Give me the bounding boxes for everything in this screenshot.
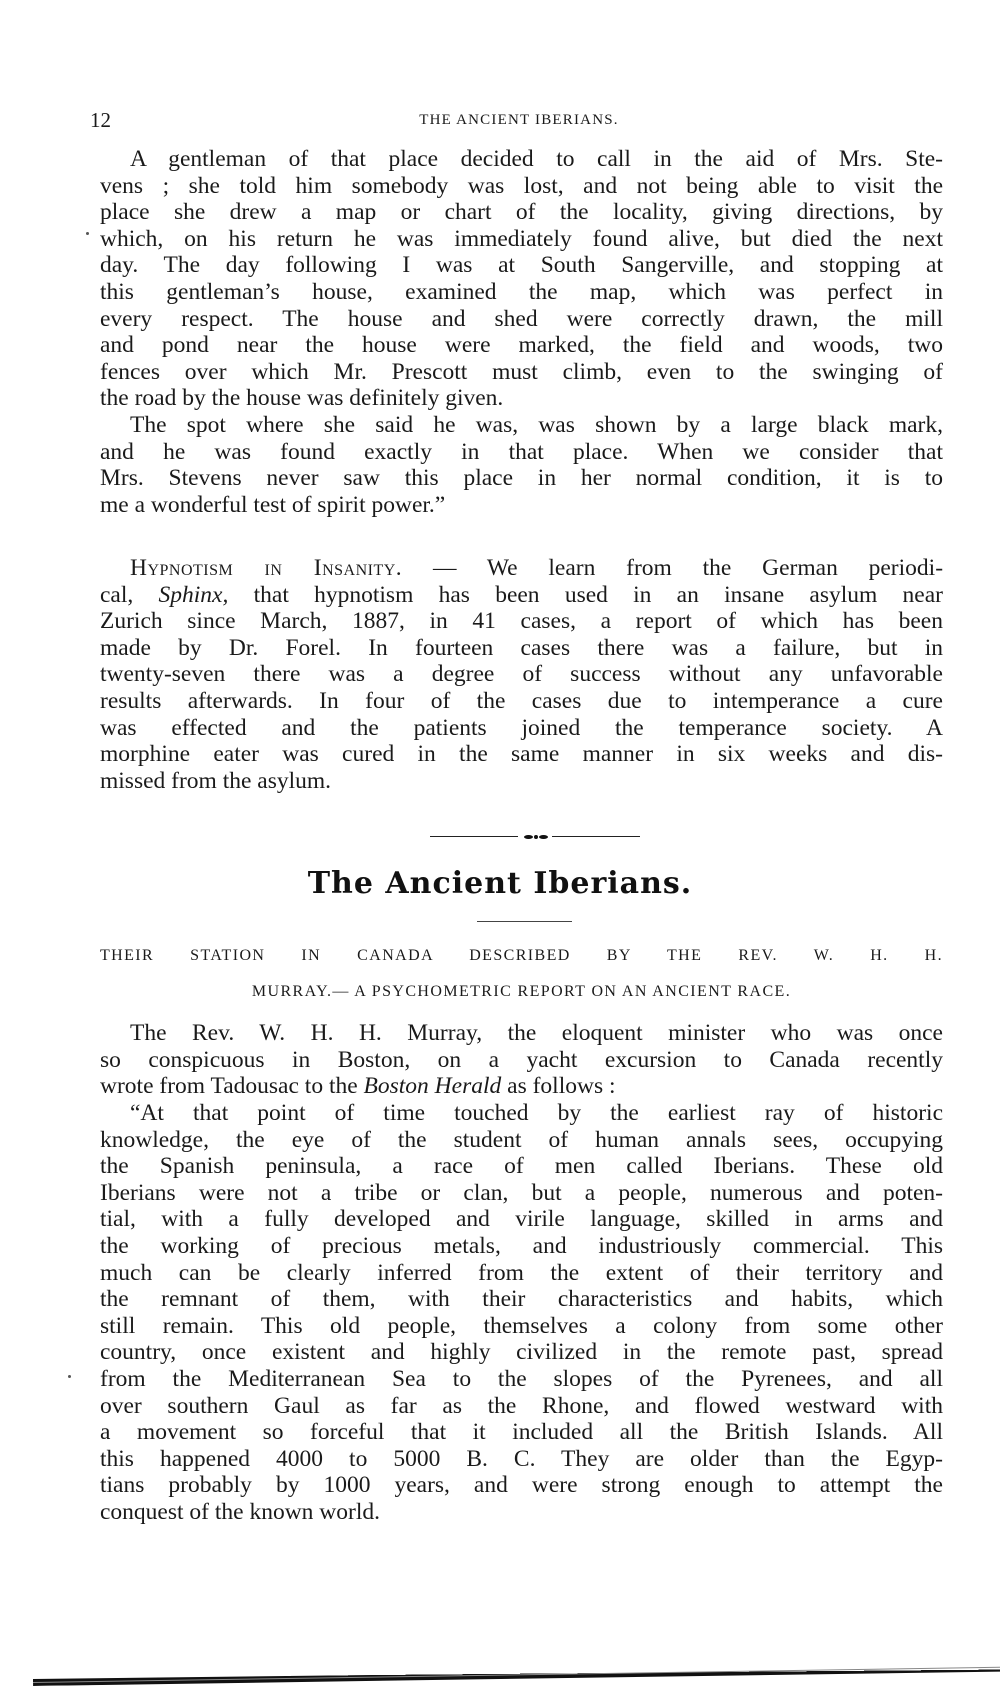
ornamental-divider — [430, 834, 640, 840]
paragraph-black-mark: The spot where she said he was, was show… — [100, 412, 943, 518]
newspaper-title-boston-herald: Boston Herald — [364, 1073, 502, 1099]
text-line: me a wonderful test of spirit power.” — [100, 492, 943, 519]
periodical-title-sphinx: Sphinx, — [159, 582, 229, 608]
text-line: the Spanish peninsula, a race of men cal… — [100, 1153, 943, 1180]
text-line: vens ; she told him somebody was lost, a… — [100, 173, 943, 200]
text-line: wrote from Tadousac to the Boston Herald… — [100, 1073, 943, 1100]
running-header: 12 THE ANCIENT IBERIANS. — [90, 108, 948, 138]
text-line: morphine eater was cured in the same man… — [100, 741, 943, 768]
text-line: tial, with a fully developed and virile … — [100, 1206, 943, 1233]
text-line: Mrs. Stevens never saw this place in her… — [100, 465, 943, 492]
text-line: much can be clearly inferred from the ex… — [100, 1260, 943, 1287]
paragraph-hypnotism: Hypnotism in Insanity. — We learn from t… — [100, 555, 943, 794]
paragraph-murray-intro: The Rev. W. H. H. Murray, the eloquent m… — [100, 1020, 943, 1100]
article-subtitle-line-1: THEIR STATION IN CANADA DESCRIBED BY THE… — [100, 947, 943, 965]
text-line: Hypnotism in Insanity. — We learn from t… — [100, 555, 943, 582]
text-line: the road by the house was definitely giv… — [100, 385, 943, 412]
text-line: the remnant of them, with their characte… — [100, 1286, 943, 1313]
text-line: which, on his return he was immediately … — [100, 226, 943, 253]
text-line: tians probably by 1000 years, and were s… — [100, 1472, 943, 1499]
text-line: and he was found exactly in that place. … — [100, 439, 943, 466]
text-line: a movement so forceful that it included … — [100, 1419, 943, 1446]
divider-line-left — [430, 836, 518, 837]
article-subtitle-line-2: MURRAY.— A PSYCHOMETRIC REPORT ON AN ANC… — [100, 983, 943, 1001]
scan-edge-line — [33, 1667, 1000, 1683]
text-line: A gentleman of that place decided to cal… — [100, 146, 943, 173]
text-line: The Rev. W. H. H. Murray, the eloquent m… — [100, 1020, 943, 1047]
text-line: missed from the asylum. — [100, 768, 943, 795]
text-fragment: as follows : — [501, 1073, 615, 1099]
text-fragment: that hypnotism has been used in an insan… — [228, 582, 943, 608]
text-line: The spot where she said he was, was show… — [100, 412, 943, 439]
divider-ornament-icon — [524, 834, 548, 840]
text-line: Iberians were not a tribe or clan, but a… — [100, 1180, 943, 1207]
paragraph-murray-quote: “At that point of time touched by the ea… — [100, 1100, 943, 1526]
text-line: still remain. This old people, themselve… — [100, 1313, 943, 1340]
text-line: the working of precious metals, and indu… — [100, 1233, 943, 1260]
text-fragment: wrote from Tadousac to the — [100, 1073, 364, 1099]
text-line: every respect. The house and shed were c… — [100, 306, 943, 333]
text-line: day. The day following I was at South Sa… — [100, 252, 943, 279]
text-line: results afterwards. In four of the cases… — [100, 688, 943, 715]
heading-dash: — — [402, 555, 487, 581]
title-underline — [477, 921, 572, 922]
text-line: fences over which Mr. Prescott must clim… — [100, 359, 943, 386]
text-line: from the Mediterranean Sea to the slopes… — [100, 1366, 943, 1393]
divider-line-right — [552, 836, 640, 837]
paragraph-mrs-stevens: A gentleman of that place decided to cal… — [100, 146, 943, 412]
text-line: conquest of the known world. — [100, 1499, 943, 1526]
text-line: this happened 4000 to 5000 B. C. They ar… — [100, 1446, 943, 1473]
text-line: this gentleman’s house, examined the map… — [100, 279, 943, 306]
scan-speck — [68, 1375, 71, 1378]
text-line: twenty-seven there was a degree of succe… — [100, 661, 943, 688]
section-heading-hypnotism: Hypnotism in Insanity. — [130, 555, 402, 581]
running-title: THE ANCIENT IBERIANS. — [90, 112, 948, 129]
text-fragment: cal, — [100, 582, 159, 608]
text-line: knowledge, the eye of the student of hum… — [100, 1127, 943, 1154]
text-fragment: We learn from the German periodi- — [487, 555, 943, 581]
text-line: country, once existent and highly civili… — [100, 1339, 943, 1366]
article-title: The Ancient Iberians. — [0, 866, 1000, 901]
scan-speck — [86, 232, 89, 235]
text-line: over southern Gaul as far as the Rhone, … — [100, 1393, 943, 1420]
text-line: and pond near the house were marked, the… — [100, 332, 943, 359]
book-page: 12 THE ANCIENT IBERIANS. A gentleman of … — [0, 0, 1000, 1696]
text-line: cal, Sphinx, that hypnotism has been use… — [100, 582, 943, 609]
text-line: Zurich since March, 1887, in 41 cases, a… — [100, 608, 943, 635]
text-line: was effected and the patients joined the… — [100, 715, 943, 742]
text-line: place she drew a map or chart of the loc… — [100, 199, 943, 226]
scan-edge-bar — [33, 1668, 1000, 1686]
text-line: “At that point of time touched by the ea… — [100, 1100, 943, 1127]
text-line: so conspicuous in Boston, on a yacht exc… — [100, 1047, 943, 1074]
text-line: made by Dr. Forel. In fourteen cases the… — [100, 635, 943, 662]
